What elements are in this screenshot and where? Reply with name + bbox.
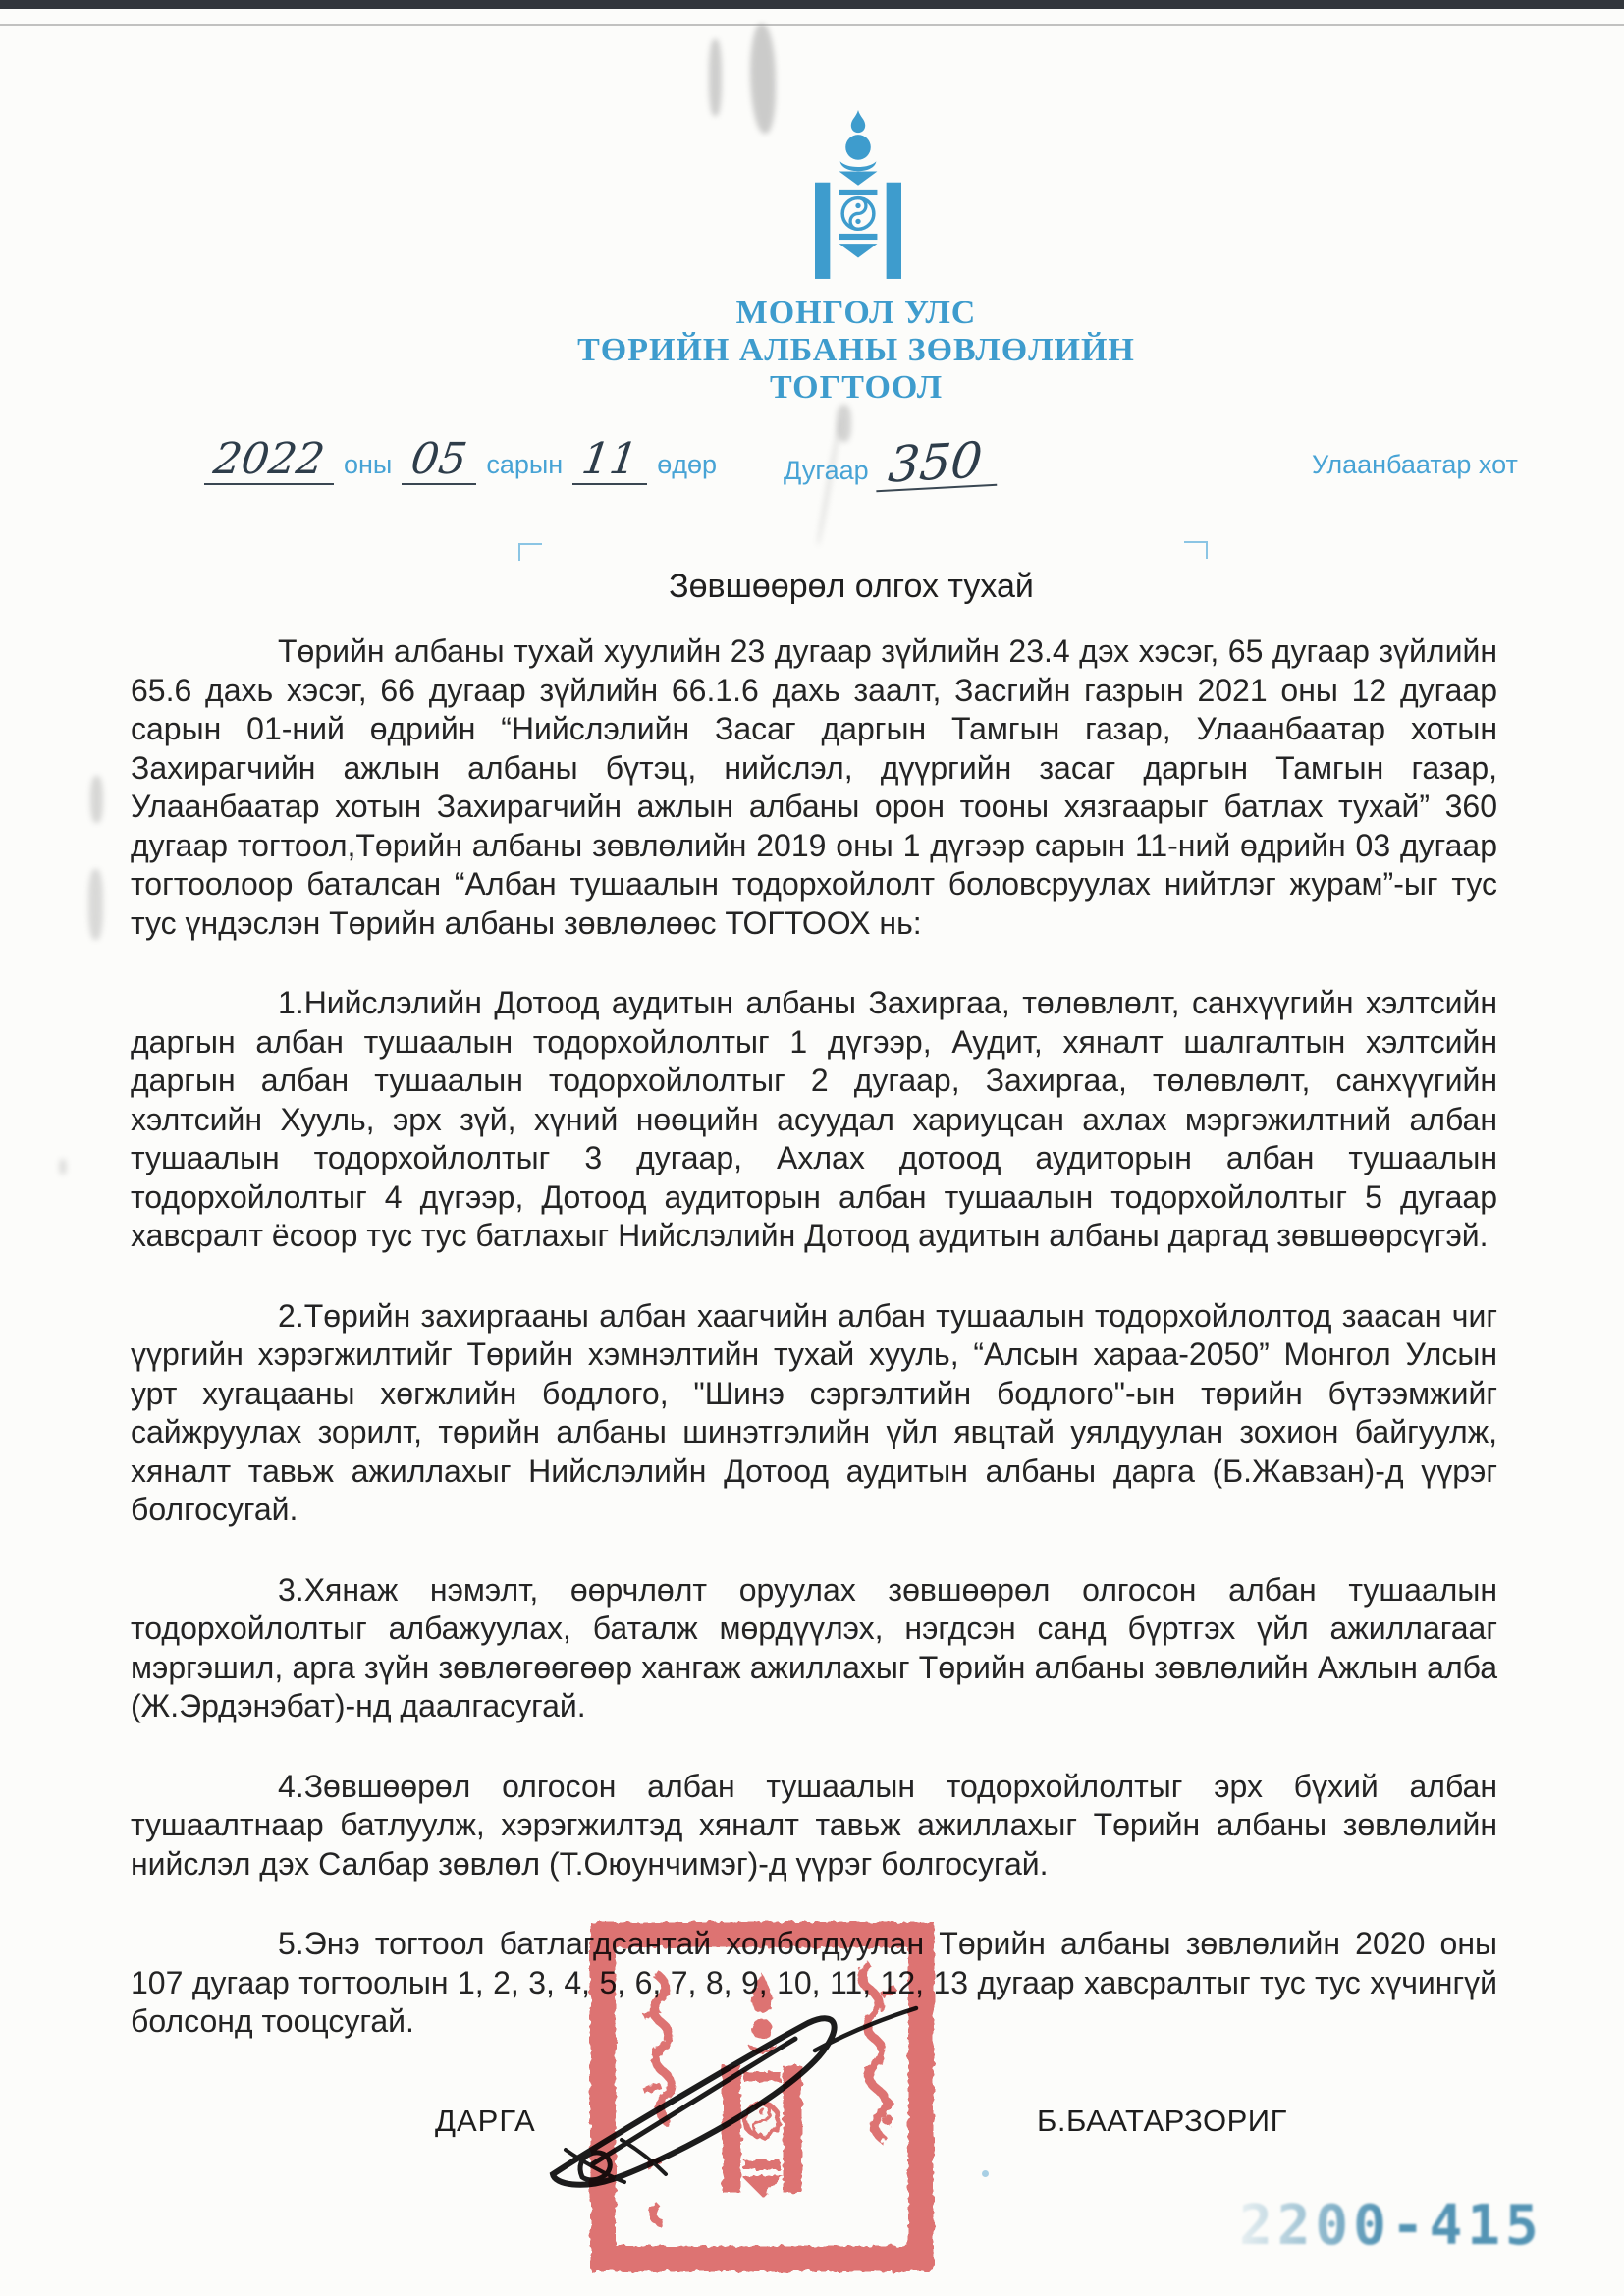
month-handwritten: 05 [408, 438, 469, 481]
doc-body: Төрийн албаны тухай хуулийн 23 дугаар зү… [131, 632, 1497, 2083]
date-fields: 2022 оны 05 сарын 11 өдөр [204, 438, 717, 485]
soyombo-emblem [815, 110, 901, 279]
scan-smudge [750, 24, 776, 134]
scan-edge-bar [0, 0, 1624, 9]
day-label: өдөр [657, 450, 717, 480]
header-doc-type: ТОГТООЛ [44, 369, 1624, 407]
scanned-decree-page: МОНГОЛ УЛС ТӨРИЙН АЛБАНЫ ЗӨВЛӨЛИЙН ТОГТО… [0, 0, 1624, 2296]
corner-bracket-right [1184, 541, 1208, 559]
corner-bracket-left [518, 543, 542, 561]
number-field: Дугаар 350 [784, 438, 996, 489]
registry-number-stamp: 2200-415 [1239, 2194, 1553, 2272]
scan-smudge [90, 776, 103, 823]
signer-name: Б.БААТАРЗОРИГ [1037, 2104, 1287, 2139]
scan-smudge [709, 39, 722, 116]
paragraph-3: 3.Хянаж нэмэлт, өөрчлөлт оруулах зөвшөөр… [131, 1571, 1497, 1726]
meta-row: 2022 оны 05 сарын 11 өдөр Дугаар 350 Ула… [0, 438, 1624, 507]
signature-scribble [538, 2001, 921, 2188]
paragraph-4: 4.Зөвшөөрөл олгосон албан тушаалын тодор… [131, 1768, 1497, 1885]
header-council: ТӨРИЙН АЛБАНЫ ЗӨВЛӨЛИЙН [44, 332, 1624, 369]
number-label: Дугаар [784, 456, 869, 486]
ink-dot-artifact [982, 2170, 989, 2177]
scan-smudge [59, 1159, 67, 1175]
number-handwritten: 350 [887, 435, 985, 489]
year-handwritten: 2022 [211, 438, 327, 481]
registry-fade-overlay [1233, 2194, 1380, 2272]
letterhead: МОНГОЛ УЛС ТӨРИЙН АЛБАНЫ ЗӨВЛӨЛИЙН ТОГТО… [44, 295, 1624, 407]
doc-title: Зөвшөөрөл олгох тухай [39, 568, 1624, 606]
city-label: Улаанбаатар хот [1312, 450, 1518, 480]
year-label: оны [344, 450, 392, 480]
paragraph-2: 2.Төрийн захиргааны албан хаагчийн албан… [131, 1297, 1497, 1530]
month-label: сарын [486, 450, 563, 480]
header-country: МОНГОЛ УЛС [44, 295, 1624, 332]
paragraph-intro: Төрийн албаны тухай хуулийн 23 дугаар зү… [131, 632, 1497, 943]
paragraph-1: 1.Нийслэлийн Дотоод аудитын албаны Захир… [131, 984, 1497, 1256]
scan-line-artifact [0, 24, 1624, 26]
day-handwritten: 11 [579, 438, 640, 481]
scan-smudge [88, 869, 103, 940]
signer-role: ДАРГА [435, 2104, 536, 2139]
